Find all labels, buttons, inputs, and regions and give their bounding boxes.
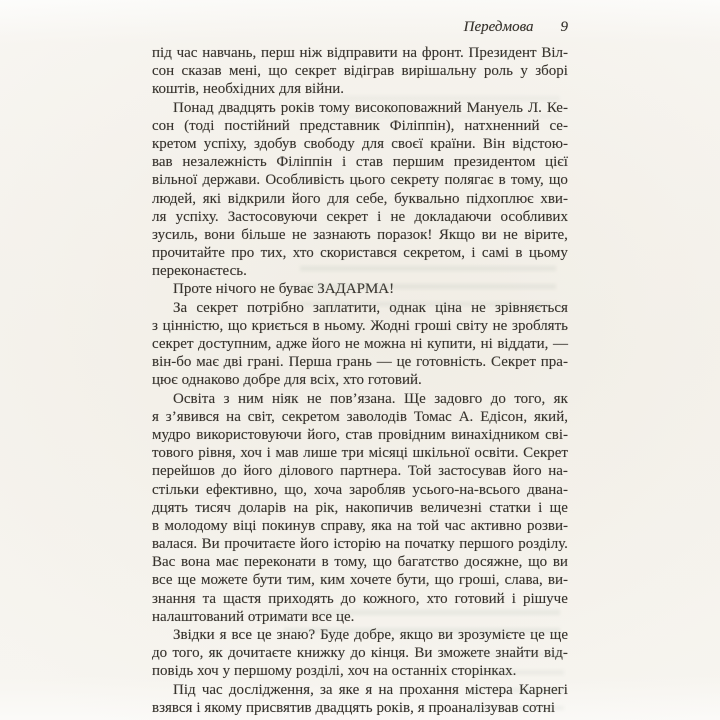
text-line: стількиефективно,що,хочазароблявусього-н… <box>152 481 568 499</box>
text-line: налаштованийотримативсеце. <box>152 608 568 626</box>
body-text: підчаснавчань,першніжвідправитинафронт.П… <box>152 44 568 717</box>
text-line: кретомуспіху,здобувсвободудлясвоєїкраїни… <box>152 135 568 153</box>
text-line: переконаєтесь. <box>152 262 568 280</box>
text-line: дотого,якдочитаєтекнижкудокінця.Визможет… <box>152 644 568 662</box>
text-line: товогорівня,хочімавлишетримісяцішкільної… <box>152 444 568 462</box>
text-line: підчаснавчань,першніжвідправитинафронт.П… <box>152 44 568 62</box>
text-line: взявсяіякомуприсвятивдвадцятьроків,япроа… <box>152 699 568 717</box>
text-line: Освітазнимніякнепов’язана.Щезадовгодотог… <box>152 390 568 408</box>
text-line: Засекретпотрібнозаплатити,однакцінанезрі… <box>152 299 568 317</box>
page-number: 9 <box>561 18 569 36</box>
text-line: сонсказавмені,щосекретвідіграввирішальну… <box>152 62 568 80</box>
book-page-scan: Передмова 9 підчаснавчань,першніжвідправ… <box>0 0 720 720</box>
text-line: валася.Випрочитаєтейогоісторіюнапочаткуп… <box>152 535 568 553</box>
text-line: сон(тодіпостійнийпредставникФіліппін),на… <box>152 117 568 135</box>
text-line: яз’явивсянасвіт,секретомзаволодівТомасА.… <box>152 408 568 426</box>
text-line: прочитайтепротих,хтоскориставсясекретом,… <box>152 244 568 262</box>
text-line: ляуспіху.Застосовуючисекретінедокладаючи… <box>152 208 568 226</box>
text-line: знаннятащастяприходятьдокожного,хтоготов… <box>152 590 568 608</box>
text-line: Звідкиявсецезнаю?Будедобре,якщовизрозумі… <box>152 626 568 644</box>
text-line: секретдоступним,аджейогонеможнанікупити,… <box>152 335 568 353</box>
running-head: Передмова 9 <box>152 18 568 36</box>
text-line: Підчасдослідження,заякеянапроханнямістер… <box>152 681 568 699</box>
text-line: ПонаддвадцятьроківтомувисокоповажнийМану… <box>152 99 568 117</box>
text-line: Васвонамаєпереконативтому,щобагатстводос… <box>152 553 568 571</box>
text-line: перейшовдойогоділовогопартнера.Тойзастос… <box>152 462 568 480</box>
text-line: повідьхочупершомурозділі,хочнаостанніхст… <box>152 662 568 680</box>
text-line: він-бомаєдвіграні.Першагрань—цеготовніст… <box>152 353 568 371</box>
text-line: дцятьтисячдоларівнарік,накопичиввеличезн… <box>152 499 568 517</box>
text-line: зцінністю,щокриєтьсявньому.Жоднігрошісві… <box>152 317 568 335</box>
text-line: коштів,необхіднихдлявійни. <box>152 80 568 98</box>
text-line: мудровикористовуючийого,ставпровіднимвин… <box>152 426 568 444</box>
text-line: зусиль,вонибільшенезазнаютьпоразок!Якщов… <box>152 226 568 244</box>
text-line: вмолодомувіціпокинувсправу,яканатойчасак… <box>152 517 568 535</box>
text-line: всещеможетебутитим,кимхочетебути,щогроші… <box>152 571 568 589</box>
chapter-title: Передмова <box>464 18 534 36</box>
text-line: ПротенічогонебуваєЗАДАРМА! <box>152 280 568 298</box>
text-line: людей,яківідкрилийогодлясебе,буквальнопі… <box>152 190 568 208</box>
text-line: цюєоднаководобредлявсіх,хтоготовий. <box>152 371 568 389</box>
text-line: вільноїдержави.Особливістьцьогосекретупо… <box>152 171 568 189</box>
text-line: вавнезалежністьФіліппініставпершимпрезид… <box>152 153 568 171</box>
